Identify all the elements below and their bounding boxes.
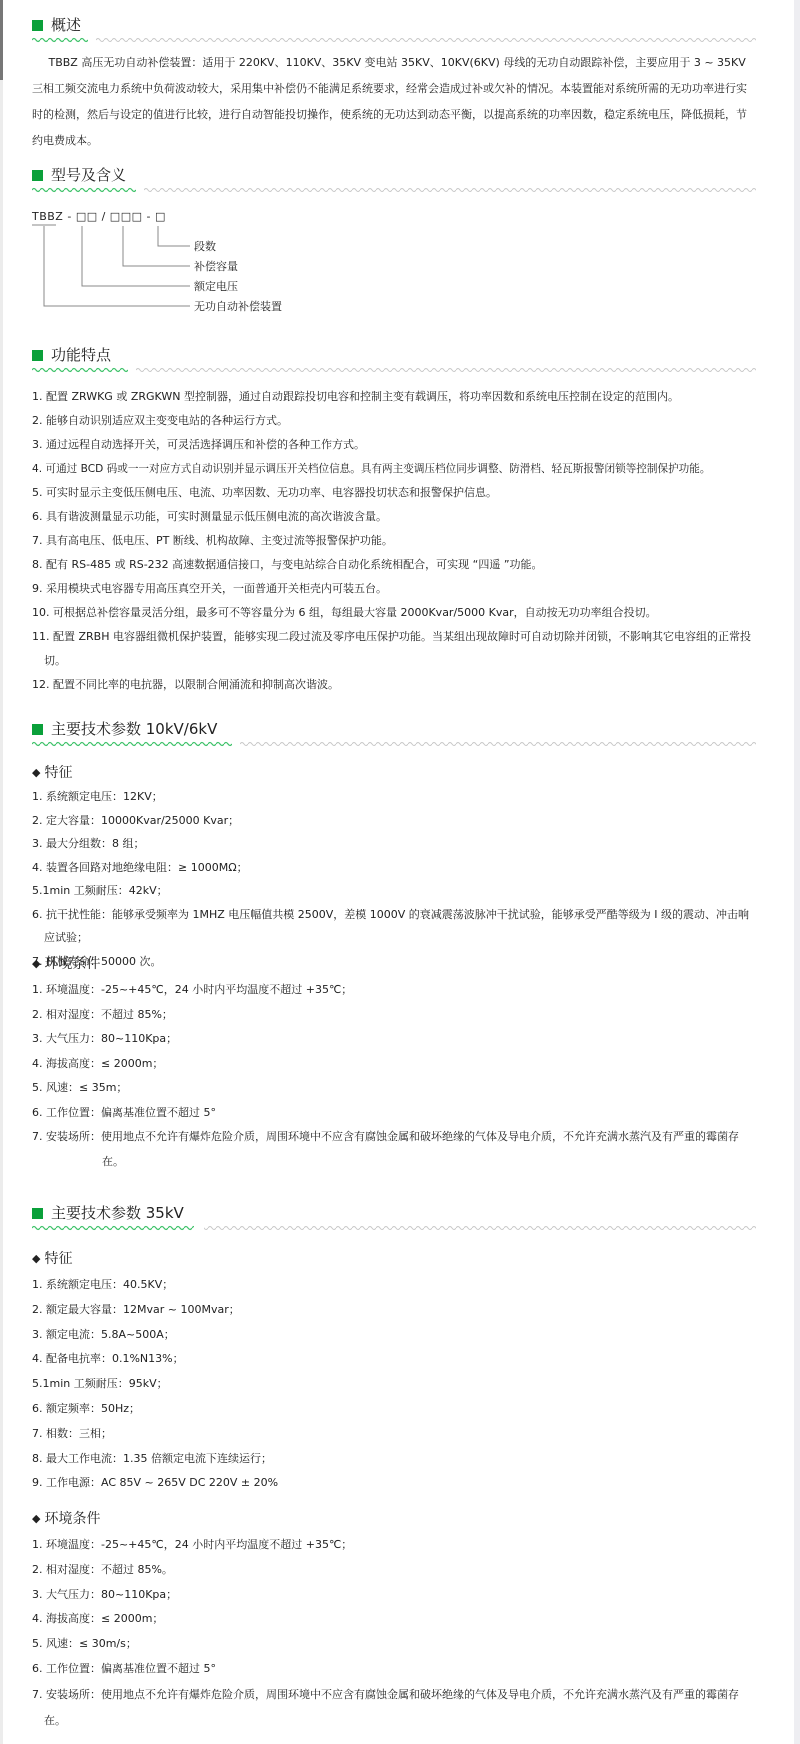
list-item: 10. 可根据总补偿容量灵活分组，最多可不等容量分为 6 组，每组最大容量 20… xyxy=(32,601,756,625)
list-item: 1. 系统额定电压：12KV； xyxy=(32,785,756,809)
list-item: 4. 配备电抗率：0.1%N13%； xyxy=(32,1347,756,1372)
characteristics-list-35kv: 1. 系统额定电压：40.5KV； 2. 额定最大容量：12Mvar ~ 100… xyxy=(32,1273,756,1496)
model-code-prefix: TBBZ xyxy=(32,210,63,223)
list-item: 6. 额定频率：50Hz； xyxy=(32,1397,756,1422)
list-item: 5. 风速：≤ 30m/s； xyxy=(32,1632,756,1657)
subheading-text: 特征 xyxy=(44,765,72,781)
green-square-icon xyxy=(32,20,43,31)
list-item: 4. 可通过 BCD 码或一一对应方式自动识别并显示调压开关档位信息。具有两主变… xyxy=(32,457,756,481)
list-item: 4. 装置各回路对地绝缘电阻：≥ 1000MΩ； xyxy=(32,856,756,880)
subheading-characteristics: ◆特征 xyxy=(32,1249,72,1270)
section-header-params-35kv: 主要技术参数 35kV xyxy=(32,1202,756,1232)
green-square-icon xyxy=(32,724,43,735)
left-border-accent xyxy=(0,0,3,80)
wavy-divider xyxy=(32,366,756,374)
scrollbar-track[interactable] xyxy=(794,0,800,1744)
section-title: 型号及含义 xyxy=(51,164,126,186)
list-item: 3. 额定电流：5.8A~500A； xyxy=(32,1323,756,1348)
section-header-features: 功能特点 xyxy=(32,344,756,374)
list-item: 11. 配置 ZRBH 电容器组微机保护装置，能够实现二段过流及零序电压保护功能… xyxy=(32,625,756,673)
subheading-text: 环境条件 xyxy=(44,956,100,972)
environment-list-10kv: 1. 环境温度：-25~+45℃，24 小时内平均温度不超过 +35℃； 2. … xyxy=(32,978,756,1174)
list-item: 3. 通过远程自动选择开关，可灵活选择调压和补偿的各种工作方式。 xyxy=(32,433,756,457)
list-item: 2. 能够自动识别适应双主变变电站的各种运行方式。 xyxy=(32,409,756,433)
model-code-diagram: TBBZ - □□ / □□□ - □ 段数 补偿容量 额定电压 无功自动补偿装… xyxy=(32,210,332,320)
list-item: 4. 海拔高度：≤ 2000m； xyxy=(32,1607,756,1632)
list-item: 2. 相对湿度：不超过 85%。 xyxy=(32,1558,756,1583)
subheading-text: 特征 xyxy=(44,1251,72,1267)
list-item: 8. 配有 RS-485 或 RS-232 高速数据通信接口，与变电站综合自动化… xyxy=(32,553,756,577)
section-title: 功能特点 xyxy=(51,344,111,366)
model-code: TBBZ - □□ / □□□ - □ xyxy=(32,210,166,223)
list-item: 3. 大气压力：80~110Kpa； xyxy=(32,1583,756,1608)
list-item: 6. 具有谐波测量显示功能，可实时测量显示低压侧电流的高次谐波含量。 xyxy=(32,505,756,529)
list-item: 7. 安装场所：使用地点不允许有爆炸危险介质，周围环境中不应含有腐蚀金属和破坏绝… xyxy=(32,1125,756,1174)
section-header-overview: 概述 xyxy=(32,14,756,44)
diamond-bullet-icon: ◆ xyxy=(32,1512,40,1525)
diamond-bullet-icon: ◆ xyxy=(32,766,40,779)
diamond-bullet-icon: ◆ xyxy=(32,957,40,970)
list-item: 5. 风速：≤ 35m； xyxy=(32,1076,756,1101)
list-item: 5. 可实时显示主变低压侧电压、电流、功率因数、无功功率、电容器投切状态和报警保… xyxy=(32,481,756,505)
label-device-name: 无功自动补偿装置 xyxy=(194,298,282,314)
list-item: 4. 海拔高度：≤ 2000m； xyxy=(32,1052,756,1077)
overview-paragraph: TBBZ 高压无功自动补偿装置：适用于 220KV、110KV、35KV 变电站… xyxy=(32,50,756,154)
section-title: 概述 xyxy=(51,14,81,36)
wavy-divider xyxy=(32,36,756,44)
green-square-icon xyxy=(32,170,43,181)
list-item: 2. 额定最大容量：12Mvar ~ 100Mvar； xyxy=(32,1298,756,1323)
section-header-params-10kv: 主要技术参数 10kV/6kV xyxy=(32,718,756,748)
list-item: 6. 工作位置：偏离基准位置不超过 5° xyxy=(32,1657,756,1682)
list-item: 3. 最大分组数：8 组； xyxy=(32,832,756,856)
list-item: 7. 相数：三相； xyxy=(32,1422,756,1447)
subheading-characteristics: ◆特征 xyxy=(32,763,72,784)
list-item: 1. 环境温度：-25~+45℃，24 小时内平均温度不超过 +35℃； xyxy=(32,978,756,1003)
list-item: 7. 机械寿命：50000 次。 xyxy=(32,950,756,974)
list-item: 9. 工作电源：AC 85V ~ 265V DC 220V ± 20% xyxy=(32,1471,756,1496)
wavy-divider xyxy=(32,740,756,748)
list-item: 8. 最大工作电流：1.35 倍额定电流下连续运行； xyxy=(32,1447,756,1472)
left-border xyxy=(0,0,3,1744)
list-item: 7. 安装场所：使用地点不允许有爆炸危险介质，周围环境中不应含有腐蚀金属和破坏绝… xyxy=(32,1682,756,1734)
green-square-icon xyxy=(32,1208,43,1219)
wavy-divider xyxy=(32,1224,756,1232)
diamond-bullet-icon: ◆ xyxy=(32,1252,40,1265)
list-item: 1. 环境温度：-25~+45℃，24 小时内平均温度不超过 +35℃； xyxy=(32,1533,756,1558)
list-item: 2. 相对湿度：不超过 85%； xyxy=(32,1003,756,1028)
list-item: 5.1min 工频耐压：42kV； xyxy=(32,879,756,903)
list-item: 9. 采用模块式电容器专用高压真空开关，一面普通开关柜壳内可装五台。 xyxy=(32,577,756,601)
list-item: 1. 系统额定电压：40.5KV； xyxy=(32,1273,756,1298)
list-item: 6. 抗干扰性能：能够承受频率为 1MHZ 电压幅值共模 2500V，差模 10… xyxy=(32,903,756,950)
characteristics-list-10kv: 1. 系统额定电压：12KV； 2. 定大容量：10000Kvar/25000 … xyxy=(32,785,756,973)
section-title: 主要技术参数 35kV xyxy=(51,1202,184,1224)
list-item: 12. 配置不同比率的电抗器，以限制合闸涌流和抑制高次谐波。 xyxy=(32,673,756,697)
model-code-placeholders: - □□ / □□□ - □ xyxy=(63,210,165,223)
list-item: 7. 具有高电压、低电压、PT 断线、机构故障、主变过流等报警保护功能。 xyxy=(32,529,756,553)
section-title: 主要技术参数 10kV/6kV xyxy=(51,718,217,740)
list-item: 3. 大气压力：80~110Kpa； xyxy=(32,1027,756,1052)
list-item: 1. 配置 ZRWKG 或 ZRGKWN 型控制器，通过自动跟踪投切电容和控制主… xyxy=(32,385,756,409)
list-item: 2. 定大容量：10000Kvar/25000 Kvar； xyxy=(32,809,756,833)
subheading-environment: ◆环境条件 xyxy=(32,1509,100,1530)
label-rated-voltage: 额定电压 xyxy=(194,278,238,294)
features-list: 1. 配置 ZRWKG 或 ZRGKWN 型控制器，通过自动跟踪投切电容和控制主… xyxy=(32,385,756,697)
green-square-icon xyxy=(32,350,43,361)
subheading-environment: ◆环境条件 xyxy=(32,954,100,975)
list-item: 6. 工作位置：偏离基准位置不超过 5° xyxy=(32,1101,756,1126)
label-capacity: 补偿容量 xyxy=(194,258,238,274)
section-header-model: 型号及含义 xyxy=(32,164,756,194)
list-item: 5.1min 工频耐压：95kV； xyxy=(32,1372,756,1397)
diagram-connector-lines xyxy=(32,210,332,320)
subheading-text: 环境条件 xyxy=(44,1511,100,1527)
environment-list-35kv: 1. 环境温度：-25~+45℃，24 小时内平均温度不超过 +35℃； 2. … xyxy=(32,1533,756,1734)
wavy-divider xyxy=(32,186,756,194)
label-segments: 段数 xyxy=(194,238,216,254)
